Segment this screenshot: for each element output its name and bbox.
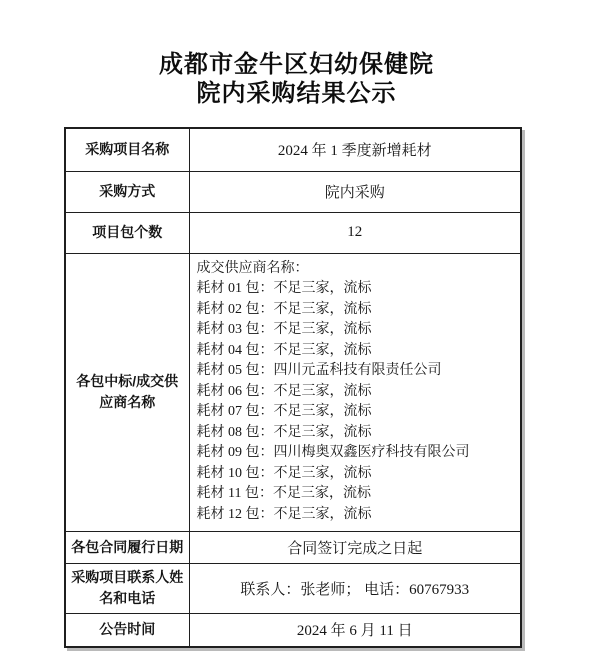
procurement-result-table: 采购项目名称 2024 年 1 季度新增耗材 采购方式 院内采购 项目包个数 1… [64,127,522,648]
row-package-count: 项目包个数 12 [65,212,521,253]
row-value: 合同签订完成之日起 [189,531,521,563]
row-label: 项目包个数 [65,212,189,253]
supplier-line: 耗材 08 包：不足三家，流标 [197,423,517,444]
row-value: 2024 年 1 季度新增耗材 [189,128,521,171]
supplier-line: 耗材 07 包：不足三家，流标 [197,402,517,423]
supplier-line: 耗材 10 包：不足三家，流标 [197,464,517,485]
row-label: 采购项目联系人姓名和电话 [65,563,189,613]
page-title: 成都市金牛区妇幼保健院 院内采购结果公示 [0,51,593,109]
row-winning-suppliers: 各包中标/成交供应商名称 成交供应商名称： 耗材 01 包：不足三家，流标 耗材… [65,253,521,531]
row-value: 联系人：张老师； 电话：60767933 [189,563,521,613]
row-value: 成交供应商名称： 耗材 01 包：不足三家，流标 耗材 02 包：不足三家，流标… [189,253,521,531]
supplier-line: 耗材 09 包：四川梅奥双鑫医疗科技有限公司 [197,443,517,464]
supplier-line: 耗材 02 包：不足三家，流标 [197,300,517,321]
supplier-line: 耗材 06 包：不足三家，流标 [197,382,517,403]
row-project-name: 采购项目名称 2024 年 1 季度新增耗材 [65,128,521,171]
supplier-line: 耗材 03 包：不足三家，流标 [197,320,517,341]
supplier-line: 耗材 12 包：不足三家，流标 [197,505,517,526]
row-label: 采购项目名称 [65,128,189,171]
row-label: 各包中标/成交供应商名称 [65,253,189,531]
supplier-line: 耗材 11 包：不足三家，流标 [197,484,517,505]
row-label: 采购方式 [65,171,189,212]
row-value: 2024 年 6 月 11 日 [189,613,521,647]
document-page: 成都市金牛区妇幼保健院 院内采购结果公示 采购项目名称 2024 年 1 季度新… [0,0,593,668]
page-title-line-2: 院内采购结果公示 [0,80,593,109]
supplier-line: 耗材 04 包：不足三家，流标 [197,341,517,362]
row-announcement-date: 公告时间 2024 年 6 月 11 日 [65,613,521,647]
row-label: 各包合同履行日期 [65,531,189,563]
row-label: 公告时间 [65,613,189,647]
row-contact-info: 采购项目联系人姓名和电话 联系人：张老师； 电话：60767933 [65,563,521,613]
page-title-line-1: 成都市金牛区妇幼保健院 [0,51,593,80]
row-value: 院内采购 [189,171,521,212]
supplier-line: 耗材 01 包：不足三家，流标 [197,279,517,300]
supplier-line: 成交供应商名称： [197,259,517,280]
row-contract-performance-date: 各包合同履行日期 合同签订完成之日起 [65,531,521,563]
supplier-line: 耗材 05 包：四川元孟科技有限责任公司 [197,361,517,382]
row-procurement-method: 采购方式 院内采购 [65,171,521,212]
row-value: 12 [189,212,521,253]
